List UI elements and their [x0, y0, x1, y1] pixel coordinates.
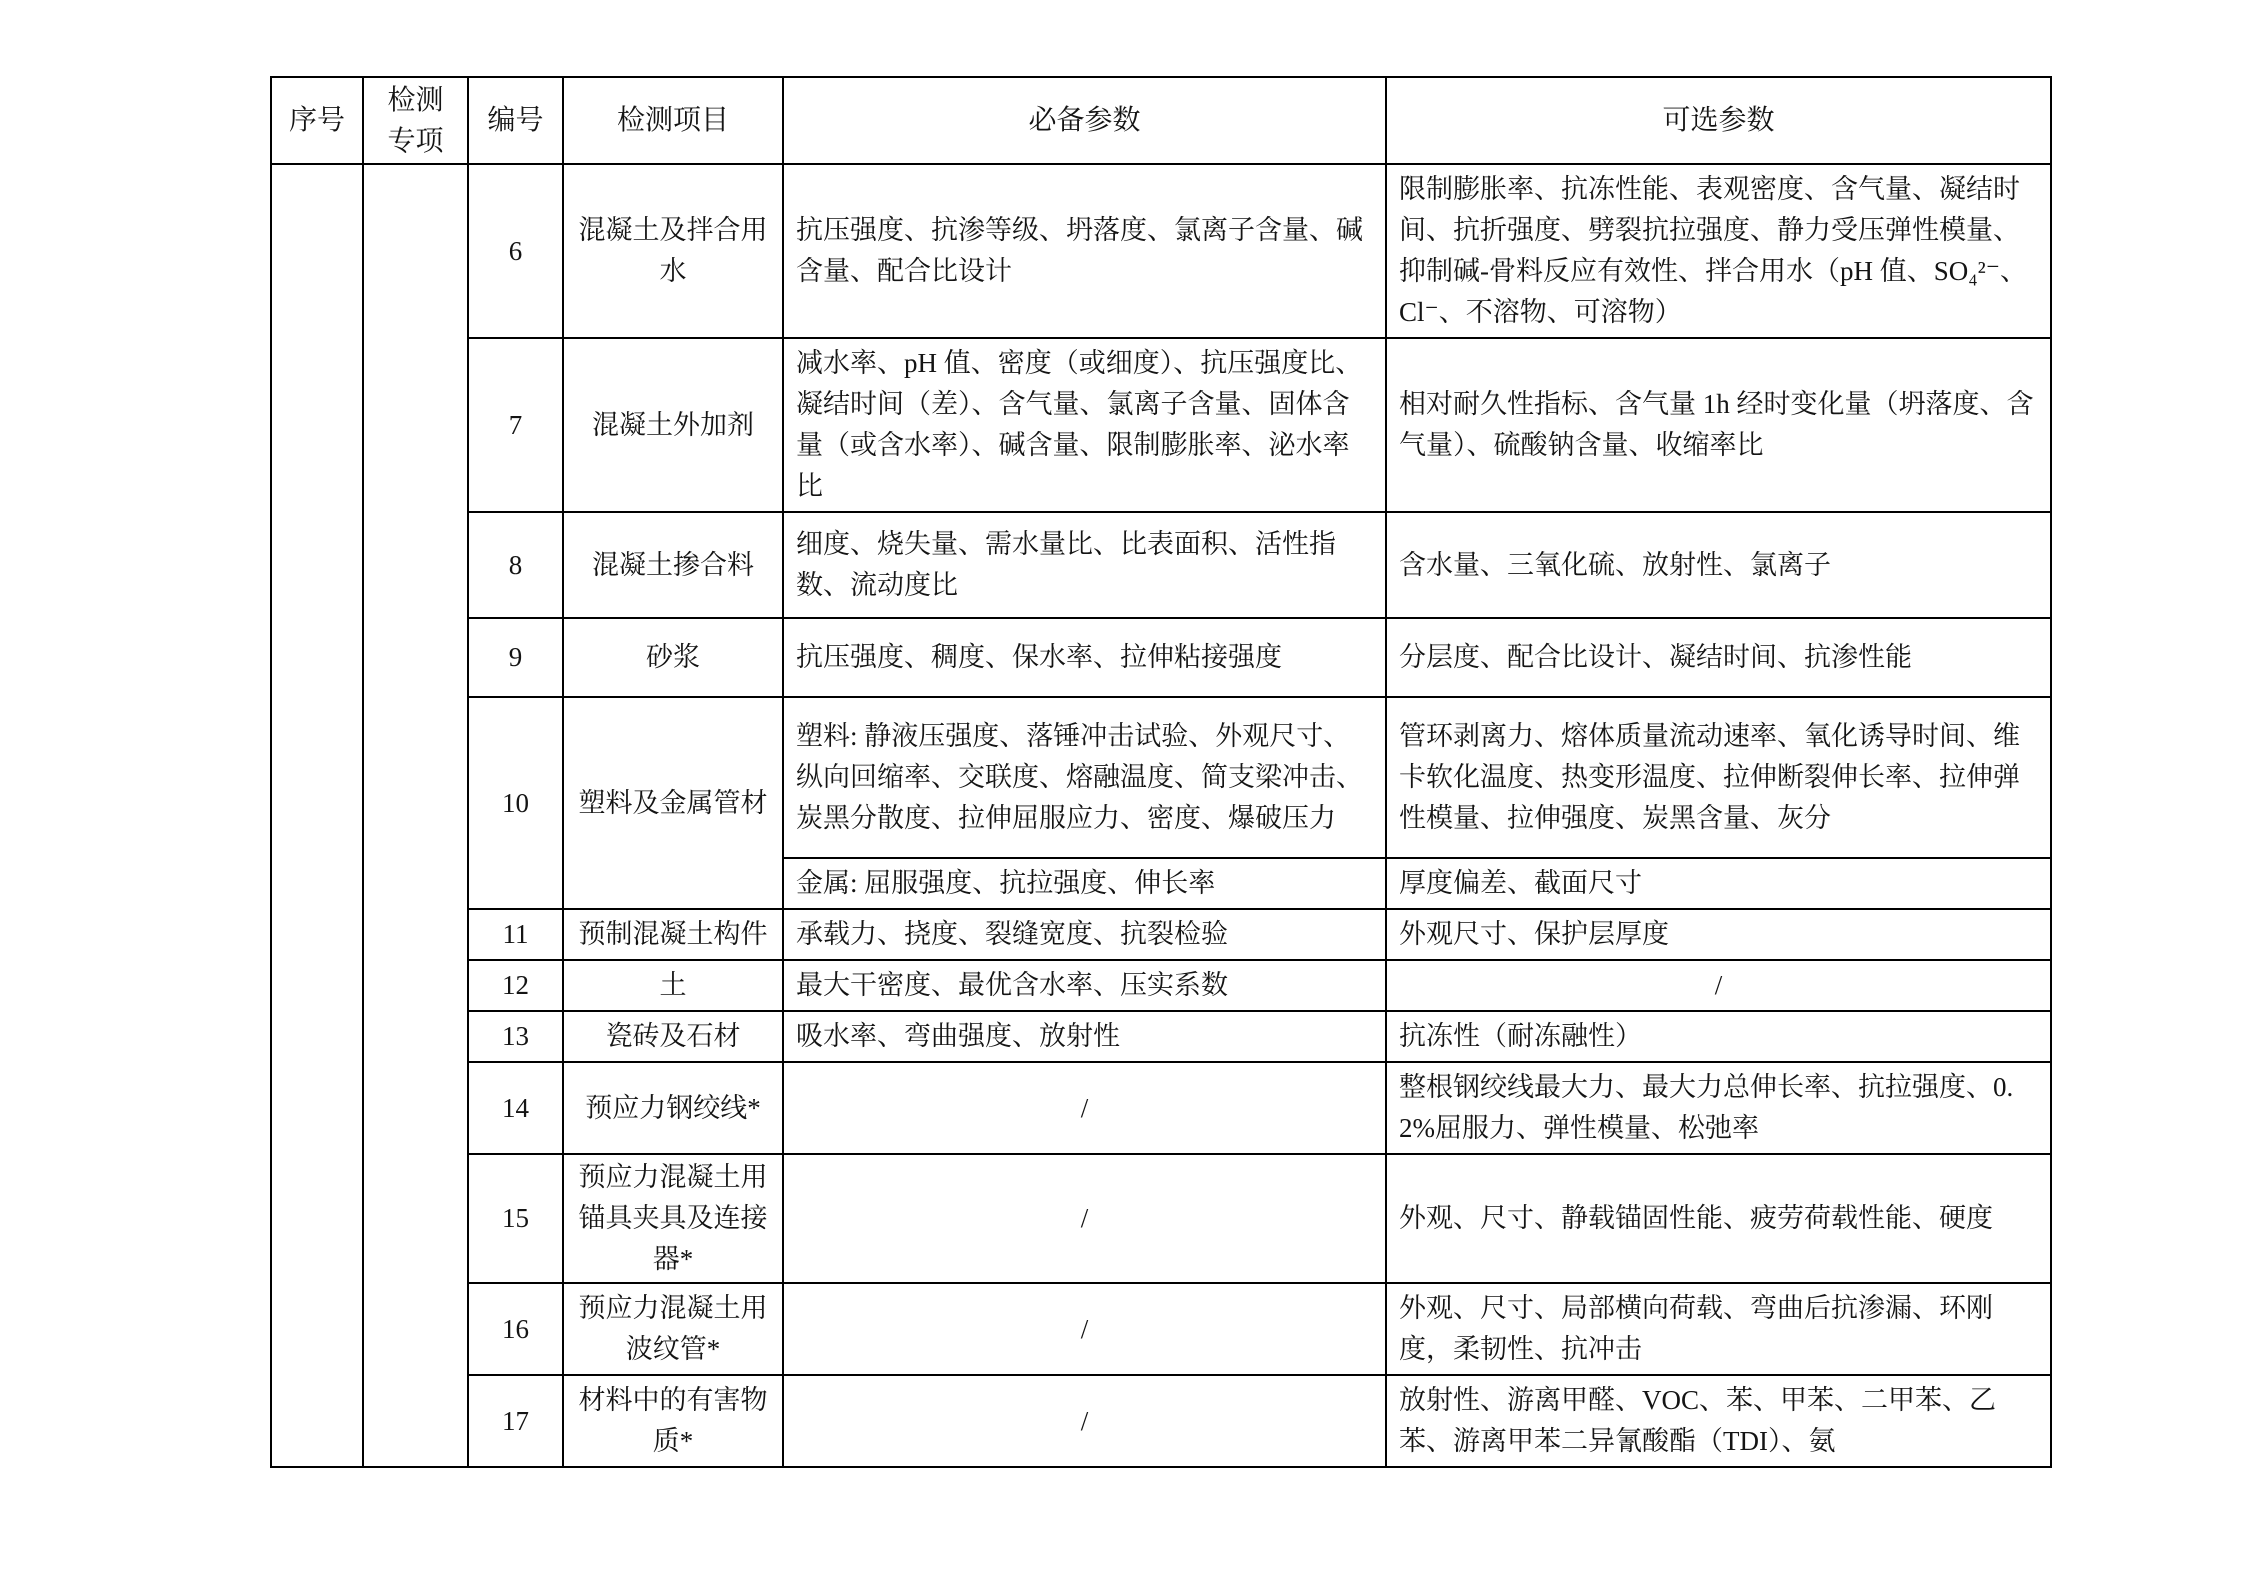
table-header: 序号 检测专项 编号 检测项目 必备参数 可选参数 [271, 77, 2051, 164]
cell-optional: 放射性、游离甲醛、VOC、苯、甲苯、二甲苯、乙苯、游离甲苯二异氰酸酯（TDI）、… [1386, 1375, 2051, 1467]
header-row: 序号 检测专项 编号 检测项目 必备参数 可选参数 [271, 77, 2051, 164]
cell-optional: 厚度偏差、截面尺寸 [1386, 858, 2051, 909]
cell-no: 8 [468, 512, 563, 618]
table-body: 6混凝土及拌合用水抗压强度、抗渗等级、坍落度、氯离子含量、碱含量、配合比设计限制… [271, 164, 2051, 1467]
table-row: 9砂浆抗压强度、稠度、保水率、拉伸粘接强度分层度、配合比设计、凝结时间、抗渗性能 [271, 618, 2051, 697]
col-header-number: 编号 [468, 77, 563, 164]
cell-optional: 管环剥离力、熔体质量流动速率、氧化诱导时间、维卡软化温度、热变形温度、拉伸断裂伸… [1386, 697, 2051, 858]
cell-optional: 外观、尺寸、静载锚固性能、疲劳荷载性能、硬度 [1386, 1154, 2051, 1283]
cell-item: 混凝土及拌合用水 [563, 164, 783, 338]
cell-required: 金属: 屈服强度、抗拉强度、伸长率 [783, 858, 1386, 909]
cell-item: 砂浆 [563, 618, 783, 697]
cell-item: 塑料及金属管材 [563, 697, 783, 909]
table-row: 6混凝土及拌合用水抗压强度、抗渗等级、坍落度、氯离子含量、碱含量、配合比设计限制… [271, 164, 2051, 338]
table-row: 8混凝土掺合料细度、烧失量、需水量比、比表面积、活性指数、流动度比含水量、三氧化… [271, 512, 2051, 618]
cell-optional: 抗冻性（耐冻融性） [1386, 1011, 2051, 1062]
col-header-special: 检测专项 [363, 77, 468, 164]
cell-no: 10 [468, 697, 563, 909]
cell-item: 预制混凝土构件 [563, 909, 783, 960]
cell-no: 6 [468, 164, 563, 338]
cell-no: 15 [468, 1154, 563, 1283]
inspection-parameters-table: 序号 检测专项 编号 检测项目 必备参数 可选参数 6混凝土及拌合用水抗压强度、… [270, 76, 2052, 1468]
cell-optional: / [1386, 960, 2051, 1011]
table-row: 11预制混凝土构件承载力、挠度、裂缝宽度、抗裂检验外观尺寸、保护层厚度 [271, 909, 2051, 960]
cell-optional: 外观、尺寸、局部横向荷载、弯曲后抗渗漏、环刚度，柔韧性、抗冲击 [1386, 1283, 2051, 1375]
cell-no: 14 [468, 1062, 563, 1154]
table-row: 14预应力钢绞线*/整根钢绞线最大力、最大力总伸长率、抗拉强度、0.2%屈服力、… [271, 1062, 2051, 1154]
cell-required: 抗压强度、抗渗等级、坍落度、氯离子含量、碱含量、配合比设计 [783, 164, 1386, 338]
cell-item: 混凝土外加剂 [563, 338, 783, 512]
cell-required: / [783, 1062, 1386, 1154]
cell-serial [271, 164, 363, 1467]
cell-no: 12 [468, 960, 563, 1011]
col-header-item: 检测项目 [563, 77, 783, 164]
cell-optional: 整根钢绞线最大力、最大力总伸长率、抗拉强度、0.2%屈服力、弹性模量、松弛率 [1386, 1062, 2051, 1154]
col-header-serial: 序号 [271, 77, 363, 164]
cell-optional: 限制膨胀率、抗冻性能、表观密度、含气量、凝结时间、抗折强度、劈裂抗拉强度、静力受… [1386, 164, 2051, 338]
cell-item: 土 [563, 960, 783, 1011]
table-row: 15预应力混凝土用锚具夹具及连接器*/外观、尺寸、静载锚固性能、疲劳荷载性能、硬… [271, 1154, 2051, 1283]
table-row: 16预应力混凝土用波纹管*/外观、尺寸、局部横向荷载、弯曲后抗渗漏、环刚度，柔韧… [271, 1283, 2051, 1375]
cell-required: 减水率、pH 值、密度（或细度）、抗压强度比、凝结时间（差）、含气量、氯离子含量… [783, 338, 1386, 512]
table-row: 17材料中的有害物质*/放射性、游离甲醛、VOC、苯、甲苯、二甲苯、乙苯、游离甲… [271, 1375, 2051, 1467]
col-header-required-params: 必备参数 [783, 77, 1386, 164]
cell-required: 最大干密度、最优含水率、压实系数 [783, 960, 1386, 1011]
cell-required: 承载力、挠度、裂缝宽度、抗裂检验 [783, 909, 1386, 960]
cell-required: 抗压强度、稠度、保水率、拉伸粘接强度 [783, 618, 1386, 697]
cell-no: 13 [468, 1011, 563, 1062]
cell-no: 17 [468, 1375, 563, 1467]
cell-required: 吸水率、弯曲强度、放射性 [783, 1011, 1386, 1062]
cell-required: 细度、烧失量、需水量比、比表面积、活性指数、流动度比 [783, 512, 1386, 618]
cell-no: 16 [468, 1283, 563, 1375]
document-page: 序号 检测专项 编号 检测项目 必备参数 可选参数 6混凝土及拌合用水抗压强度、… [0, 0, 2245, 1587]
cell-required: 塑料: 静液压强度、落锤冲击试验、外观尺寸、纵向回缩率、交联度、熔融温度、简支梁… [783, 697, 1386, 858]
table-row: 12土最大干密度、最优含水率、压实系数/ [271, 960, 2051, 1011]
cell-no: 9 [468, 618, 563, 697]
cell-optional: 相对耐久性指标、含气量 1h 经时变化量（坍落度、含气量）、硫酸钠含量、收缩率比 [1386, 338, 2051, 512]
cell-item: 预应力钢绞线* [563, 1062, 783, 1154]
cell-required: / [783, 1283, 1386, 1375]
cell-required: / [783, 1154, 1386, 1283]
table-row: 10塑料及金属管材塑料: 静液压强度、落锤冲击试验、外观尺寸、纵向回缩率、交联度… [271, 697, 2051, 858]
cell-item: 瓷砖及石材 [563, 1011, 783, 1062]
cell-item: 材料中的有害物质* [563, 1375, 783, 1467]
cell-no: 7 [468, 338, 563, 512]
cell-item: 预应力混凝土用锚具夹具及连接器* [563, 1154, 783, 1283]
table-row: 7混凝土外加剂减水率、pH 值、密度（或细度）、抗压强度比、凝结时间（差）、含气… [271, 338, 2051, 512]
col-header-optional-params: 可选参数 [1386, 77, 2051, 164]
cell-item: 预应力混凝土用波纹管* [563, 1283, 783, 1375]
table-row: 13瓷砖及石材吸水率、弯曲强度、放射性抗冻性（耐冻融性） [271, 1011, 2051, 1062]
cell-optional: 含水量、三氧化硫、放射性、氯离子 [1386, 512, 2051, 618]
cell-optional: 分层度、配合比设计、凝结时间、抗渗性能 [1386, 618, 2051, 697]
cell-item: 混凝土掺合料 [563, 512, 783, 618]
cell-required: / [783, 1375, 1386, 1467]
cell-no: 11 [468, 909, 563, 960]
cell-special [363, 164, 468, 1467]
cell-optional: 外观尺寸、保护层厚度 [1386, 909, 2051, 960]
